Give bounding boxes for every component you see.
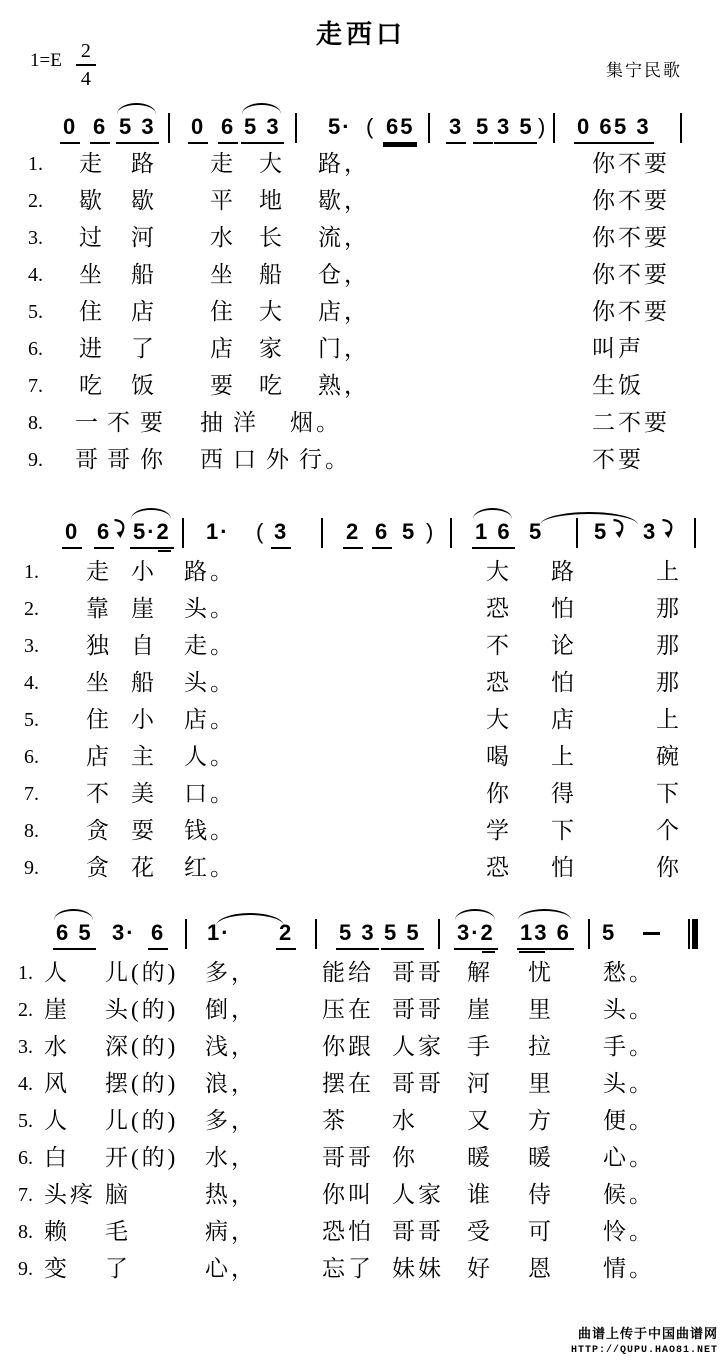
lyric-cell: 下 bbox=[656, 779, 682, 809]
lyric-cell: 红。 bbox=[184, 853, 236, 883]
lyric-cell: 口 bbox=[233, 445, 259, 475]
verse-number: 6. bbox=[18, 1143, 33, 1173]
verse-number: 7. bbox=[24, 779, 39, 809]
lyric-cell: 可 bbox=[528, 1217, 554, 1247]
lyric-cell: 长 bbox=[259, 223, 285, 253]
lyric-cell: 手 bbox=[467, 1032, 493, 1062]
lyrics-row: 3.独自走。不论那 bbox=[0, 631, 722, 663]
lyric-cell: 美 bbox=[131, 779, 157, 809]
lyrics-row: 3.水深(的)浅，你跟人家手拉手。 bbox=[0, 1032, 722, 1064]
lyric-cell: 头疼 bbox=[44, 1180, 96, 1210]
note: 5 bbox=[473, 114, 493, 144]
note: 3· bbox=[109, 920, 139, 948]
lyric-cell: 儿(的) bbox=[105, 958, 178, 988]
lyric-cell: 走 bbox=[86, 557, 112, 587]
lyric-cell: 要 bbox=[210, 371, 236, 401]
lyric-cell: 你不要 bbox=[592, 223, 670, 253]
lyric-cell: 解 bbox=[467, 958, 493, 988]
note: 3 bbox=[271, 519, 291, 549]
lyric-cell: 里 bbox=[528, 1069, 554, 1099]
lyrics-row: 2.靠崖头。恐怕那 bbox=[0, 594, 722, 626]
lyric-cell: 方 bbox=[528, 1106, 554, 1136]
verse-number: 6. bbox=[24, 742, 39, 772]
note: 3·2 bbox=[454, 920, 498, 950]
lyric-cell: 多， bbox=[205, 958, 257, 988]
lyric-cell: 行。 bbox=[299, 445, 351, 475]
lyric-cell: 热， bbox=[205, 1180, 257, 1210]
note: ) bbox=[423, 519, 438, 547]
lyric-cell: 店， bbox=[318, 297, 370, 327]
lyric-cell: 你跟 bbox=[322, 1032, 374, 1062]
final-barline bbox=[688, 919, 690, 949]
lyric-cell: 谁 bbox=[467, 1180, 493, 1210]
lyric-cell: 心， bbox=[205, 1254, 257, 1284]
lyric-cell: 贪 bbox=[86, 853, 112, 883]
lyric-cell: 地 bbox=[259, 186, 285, 216]
lyric-cell: 头。 bbox=[184, 594, 236, 624]
lyric-cell: 船 bbox=[259, 260, 285, 290]
lyric-cell: 好 bbox=[467, 1254, 493, 1284]
barline bbox=[438, 919, 440, 949]
lyric-cell: 开(的) bbox=[105, 1143, 178, 1173]
verse-number: 2. bbox=[18, 995, 33, 1025]
lyric-cell: 能给 bbox=[322, 958, 374, 988]
lyrics-row: 4.坐船坐船仓，你不要 bbox=[0, 260, 722, 292]
note: 5·2 bbox=[130, 519, 174, 549]
sheet-music-page: 走西口 1=E24 集宁民歌 065 3065 35·(65353 5)0 65… bbox=[0, 0, 722, 1360]
lyric-cell: 大 bbox=[486, 557, 512, 587]
lyric-cell: 暖 bbox=[528, 1143, 554, 1173]
lyric-cell: 店 bbox=[131, 297, 157, 327]
note: ) bbox=[535, 114, 550, 142]
lyric-cell: 叫声 bbox=[592, 334, 644, 364]
barline bbox=[576, 518, 578, 548]
lyric-cell: 情。 bbox=[603, 1254, 655, 1284]
lyric-cell: 你 bbox=[486, 779, 512, 809]
lyric-cell: 头。 bbox=[184, 668, 236, 698]
lyric-cell: 耍 bbox=[131, 816, 157, 846]
lyric-cell: 愁。 bbox=[603, 958, 655, 988]
lyrics-row: 7.吃饭要吃熟，生饭 bbox=[0, 371, 722, 403]
lyrics-row: 6.白开(的)水，哥哥你暖暖心。 bbox=[0, 1143, 722, 1175]
lyric-cell: 船 bbox=[131, 668, 157, 698]
lyric-cell: 手。 bbox=[603, 1032, 655, 1062]
lyrics-row: 2.崖头(的)倒，压在哥哥崖里头。 bbox=[0, 995, 722, 1027]
note: 2 bbox=[276, 920, 296, 950]
note: 6 bbox=[90, 114, 110, 144]
lyric-cell: 歇， bbox=[318, 186, 370, 216]
note: 5 3 bbox=[241, 114, 284, 144]
lyric-cell: 恩 bbox=[528, 1254, 554, 1284]
note: 0 bbox=[188, 114, 208, 144]
verse-number: 4. bbox=[28, 260, 43, 290]
lyric-cell: 口。 bbox=[184, 779, 236, 809]
lyric-cell: 那 bbox=[656, 668, 682, 698]
lyric-cell: 妹妹 bbox=[392, 1254, 444, 1284]
verse-number: 8. bbox=[24, 816, 39, 846]
lyric-cell: 人家 bbox=[392, 1180, 444, 1210]
verse-number: 2. bbox=[28, 186, 43, 216]
lyric-cell: 上 bbox=[656, 705, 682, 735]
lyric-cell: 一 bbox=[75, 408, 101, 438]
verse-number: 2. bbox=[24, 594, 39, 624]
lyric-cell: 变 bbox=[44, 1254, 70, 1284]
lyric-cell: 生饭 bbox=[592, 371, 644, 401]
lyric-cell: 那 bbox=[656, 594, 682, 624]
lyric-cell: 不 bbox=[86, 779, 112, 809]
lyric-cell: 忧 bbox=[528, 958, 554, 988]
lyrics-row: 9.变了心，忘了妹妹好恩情。 bbox=[0, 1254, 722, 1286]
lyric-cell: 坐 bbox=[210, 260, 236, 290]
barline bbox=[680, 113, 682, 143]
barline bbox=[428, 113, 430, 143]
lyric-cell: 大 bbox=[486, 705, 512, 735]
verse-number: 9. bbox=[18, 1254, 33, 1284]
lyric-cell: 二不要 bbox=[592, 408, 670, 438]
note: 1· bbox=[203, 519, 233, 547]
lyric-cell: 门， bbox=[318, 334, 370, 364]
lyric-cell: 坐 bbox=[86, 668, 112, 698]
lyric-cell: 走。 bbox=[184, 631, 236, 661]
lyrics-row: 6.进了店家门，叫声 bbox=[0, 334, 722, 366]
lyric-cell: 怕 bbox=[551, 853, 577, 883]
lyric-cell: 店 bbox=[210, 334, 236, 364]
note: 6 bbox=[218, 114, 238, 144]
lyric-cell: 靠 bbox=[86, 594, 112, 624]
lyric-cell: 不要 bbox=[592, 445, 644, 475]
lyric-cell: 下 bbox=[551, 816, 577, 846]
lyric-cell: 论 bbox=[551, 631, 577, 661]
lyric-cell: 你不要 bbox=[592, 186, 670, 216]
note: 0 bbox=[60, 114, 80, 144]
lyric-cell: 家 bbox=[259, 334, 285, 364]
note: 2 bbox=[343, 519, 363, 549]
barline bbox=[182, 518, 184, 548]
lyric-cell: 水 bbox=[210, 223, 236, 253]
barline bbox=[168, 113, 170, 143]
lyric-cell: 歇 bbox=[131, 186, 157, 216]
lyric-cell: 受 bbox=[467, 1217, 493, 1247]
lyric-cell: 恐 bbox=[486, 853, 512, 883]
footer-site-name: 曲谱上传于中国曲谱网 bbox=[571, 1323, 718, 1342]
lyric-cell: 吃 bbox=[259, 371, 285, 401]
lyric-cell: 钱。 bbox=[184, 816, 236, 846]
lyric-cell: 熟， bbox=[318, 371, 370, 401]
lyric-cell: 抽 bbox=[200, 408, 226, 438]
lyric-cell: 崖 bbox=[44, 995, 70, 1025]
lyric-cell: 便。 bbox=[603, 1106, 655, 1136]
verse-number: 8. bbox=[18, 1217, 33, 1247]
note: 5 3 bbox=[116, 114, 159, 144]
verse-number: 3. bbox=[28, 223, 43, 253]
lyric-cell: 人 bbox=[44, 1106, 70, 1136]
lyric-cell: 头。 bbox=[603, 1069, 655, 1099]
lyric-cell: 脑 bbox=[105, 1180, 131, 1210]
lyric-cell: 崖 bbox=[467, 995, 493, 1025]
lyric-cell: 你叫 bbox=[322, 1180, 374, 1210]
lyric-cell: 哥哥 bbox=[392, 1069, 444, 1099]
lyric-cell: 怕 bbox=[551, 668, 577, 698]
lyric-cell: 碗 bbox=[656, 742, 682, 772]
barline bbox=[450, 518, 452, 548]
lyric-cell: 水 bbox=[44, 1032, 70, 1062]
barline bbox=[185, 919, 187, 949]
lyric-cell: 店。 bbox=[184, 705, 236, 735]
note: 3 5 bbox=[494, 114, 537, 144]
lyric-cell: 学 bbox=[486, 816, 512, 846]
lyric-cell: 主 bbox=[131, 742, 157, 772]
lyric-cell: 哥 bbox=[75, 445, 101, 475]
lyric-cell: 歇 bbox=[79, 186, 105, 216]
lyrics-row: 9.哥哥你西口外行。不要 bbox=[0, 445, 722, 477]
lyric-cell: 大 bbox=[259, 149, 285, 179]
lyrics-row: 1.走小路。大路上 bbox=[0, 557, 722, 589]
lyric-cell: 倒， bbox=[205, 995, 257, 1025]
lyric-cell: 店 bbox=[551, 705, 577, 735]
lyric-cell: 花 bbox=[131, 853, 157, 883]
lyric-cell: 大 bbox=[259, 297, 285, 327]
lyric-cell: 烟。 bbox=[290, 408, 342, 438]
lyric-cell: 怕 bbox=[551, 594, 577, 624]
lyric-cell: 了 bbox=[131, 334, 157, 364]
note: 5 bbox=[599, 920, 619, 948]
lyrics-row: 5.人儿(的)多，茶水又方便。 bbox=[0, 1106, 722, 1138]
lyric-cell: 自 bbox=[131, 631, 157, 661]
lyric-cell: 你 bbox=[140, 445, 166, 475]
lyric-cell: 个 bbox=[656, 816, 682, 846]
lyrics-row: 4.风摆(的)浪，摆在哥哥河里头。 bbox=[0, 1069, 722, 1101]
verse-number: 1. bbox=[24, 557, 39, 587]
lyrics-row: 4.坐船头。恐怕那 bbox=[0, 668, 722, 700]
verse-number: 1. bbox=[18, 958, 33, 988]
lyric-cell: 恐 bbox=[486, 668, 512, 698]
verse-number: 7. bbox=[28, 371, 43, 401]
lyric-cell: 哥哥 bbox=[392, 995, 444, 1025]
note: 3 bbox=[446, 114, 466, 144]
lyric-cell: 白 bbox=[44, 1143, 70, 1173]
lyric-cell: 那 bbox=[656, 631, 682, 661]
lyric-cell: 平 bbox=[210, 186, 236, 216]
lyric-cell: 走 bbox=[210, 149, 236, 179]
lyrics-row: 3.过河水长流，你不要 bbox=[0, 223, 722, 255]
lyric-cell: 心。 bbox=[603, 1143, 655, 1173]
note: ( bbox=[363, 114, 378, 142]
lyric-cell: 恐怕 bbox=[322, 1217, 374, 1247]
lyrics-row: 5.住小店。大店上 bbox=[0, 705, 722, 737]
verse-number: 9. bbox=[28, 445, 43, 475]
note: 5 5 bbox=[381, 920, 424, 950]
tie-arc bbox=[216, 913, 284, 926]
note: 13 6 bbox=[517, 920, 574, 950]
note: 65 bbox=[383, 114, 417, 144]
lyric-cell: 拉 bbox=[528, 1032, 554, 1062]
verse-number: 5. bbox=[18, 1106, 33, 1136]
lyric-cell: 风 bbox=[44, 1069, 70, 1099]
verse-number: 1. bbox=[28, 149, 43, 179]
lyric-cell: 候。 bbox=[603, 1180, 655, 1210]
lyric-cell: 你 bbox=[656, 853, 682, 883]
lyric-cell: 吃 bbox=[79, 371, 105, 401]
lyric-cell: 小 bbox=[131, 557, 157, 587]
lyric-cell: 茶 bbox=[322, 1106, 348, 1136]
lyric-cell: 外 bbox=[266, 445, 292, 475]
lyric-cell: 哥哥 bbox=[322, 1143, 374, 1173]
lyric-cell: 走 bbox=[79, 149, 105, 179]
note: 6 bbox=[372, 519, 392, 549]
glissando-down-icon bbox=[611, 517, 626, 541]
note: 5 3 bbox=[611, 114, 654, 144]
lyric-cell: 深(的) bbox=[105, 1032, 178, 1062]
score: 065 3065 35·(65353 5)0 65 31.走路走大路，你不要2.… bbox=[0, 0, 722, 1360]
lyric-cell: 哥 bbox=[107, 445, 133, 475]
lyric-cell: 头。 bbox=[603, 995, 655, 1025]
lyric-cell: 头(的) bbox=[105, 995, 178, 1025]
note: ( bbox=[253, 519, 268, 547]
barline bbox=[315, 919, 317, 949]
lyric-cell: 进 bbox=[79, 334, 105, 364]
lyric-cell: 小 bbox=[131, 705, 157, 735]
lyric-cell: 住 bbox=[86, 705, 112, 735]
lyrics-row: 8.一不要抽洋烟。二不要 bbox=[0, 408, 722, 440]
verse-number: 4. bbox=[18, 1069, 33, 1099]
verse-number: 8. bbox=[28, 408, 43, 438]
lyric-cell: 你不要 bbox=[592, 149, 670, 179]
lyric-cell: 路， bbox=[318, 149, 370, 179]
lyric-cell: 你 bbox=[392, 1143, 418, 1173]
verse-number: 5. bbox=[28, 297, 43, 327]
footer: 曲谱上传于中国曲谱网 HTTP://QUPU.HAO81.NET bbox=[571, 1323, 718, 1356]
glissando-down-icon bbox=[112, 517, 127, 541]
lyric-cell: 你不要 bbox=[592, 297, 670, 327]
lyric-cell: 浪， bbox=[205, 1069, 257, 1099]
lyric-cell: 船 bbox=[131, 260, 157, 290]
lyric-cell: 不 bbox=[486, 631, 512, 661]
barline bbox=[694, 518, 696, 548]
lyric-cell: 多， bbox=[205, 1106, 257, 1136]
lyric-cell: 路。 bbox=[184, 557, 236, 587]
lyric-cell: 得 bbox=[551, 779, 577, 809]
note: 6 5 bbox=[53, 920, 96, 950]
lyric-cell: 洋 bbox=[233, 408, 259, 438]
note: 5 bbox=[399, 519, 419, 547]
lyric-cell: 水 bbox=[392, 1106, 418, 1136]
verse-number: 3. bbox=[18, 1032, 33, 1062]
lyric-cell: 坐 bbox=[79, 260, 105, 290]
verse-number: 3. bbox=[24, 631, 39, 661]
note: 5 3 bbox=[336, 920, 379, 950]
lyrics-row: 2.歇歇平地歇，你不要 bbox=[0, 186, 722, 218]
lyric-cell: 哥哥 bbox=[392, 1217, 444, 1247]
lyric-cell: 过 bbox=[79, 223, 105, 253]
lyric-cell: 河 bbox=[131, 223, 157, 253]
note: 1 6 bbox=[472, 519, 515, 549]
lyrics-row: 7.头疼脑热，你叫人家谁侍候。 bbox=[0, 1180, 722, 1212]
verse-number: 7. bbox=[18, 1180, 33, 1210]
lyric-cell: 了 bbox=[105, 1254, 131, 1284]
footer-site-url: HTTP://QUPU.HAO81.NET bbox=[571, 1345, 718, 1356]
lyric-cell: 浅， bbox=[205, 1032, 257, 1062]
lyric-cell: 毛 bbox=[105, 1217, 131, 1247]
lyric-cell: 西 bbox=[200, 445, 226, 475]
glissando-down-icon bbox=[660, 517, 675, 541]
lyric-cell: 赖 bbox=[44, 1217, 70, 1247]
lyrics-row: 5.住店住大店，你不要 bbox=[0, 297, 722, 329]
lyric-cell: 怜。 bbox=[603, 1217, 655, 1247]
lyric-cell: 恐 bbox=[486, 594, 512, 624]
lyric-cell: 路 bbox=[131, 149, 157, 179]
lyric-cell: 水， bbox=[205, 1143, 257, 1173]
lyrics-row: 7.不美口。你得下 bbox=[0, 779, 722, 811]
lyric-cell: 你不要 bbox=[592, 260, 670, 290]
lyrics-row: 6.店主人。喝上碗 bbox=[0, 742, 722, 774]
barline bbox=[588, 919, 590, 949]
lyric-cell: 独 bbox=[86, 631, 112, 661]
lyric-cell: 不 bbox=[107, 408, 133, 438]
lyric-cell: 住 bbox=[79, 297, 105, 327]
note: 0 bbox=[62, 519, 82, 549]
lyrics-row: 8.贪耍钱。学下个 bbox=[0, 816, 722, 848]
lyric-cell: 上 bbox=[656, 557, 682, 587]
lyric-cell: 病， bbox=[205, 1217, 257, 1247]
lyric-cell: 里 bbox=[528, 995, 554, 1025]
lyric-cell: 仓， bbox=[318, 260, 370, 290]
barline bbox=[321, 518, 323, 548]
lyric-cell: 河 bbox=[467, 1069, 493, 1099]
lyric-cell: 忘了 bbox=[322, 1254, 374, 1284]
lyric-cell: 住 bbox=[210, 297, 236, 327]
lyric-cell: 摆在 bbox=[322, 1069, 374, 1099]
barline bbox=[553, 113, 555, 143]
barline bbox=[295, 113, 297, 143]
half-note-dash bbox=[643, 932, 660, 935]
note: 3 bbox=[640, 519, 660, 547]
lyric-cell: 儿(的) bbox=[105, 1106, 178, 1136]
verse-number: 5. bbox=[24, 705, 39, 735]
note: 5· bbox=[325, 114, 355, 142]
verse-number: 4. bbox=[24, 668, 39, 698]
lyric-cell: 上 bbox=[551, 742, 577, 772]
verse-number: 9. bbox=[24, 853, 39, 883]
lyric-cell: 人家 bbox=[392, 1032, 444, 1062]
lyric-cell: 店 bbox=[86, 742, 112, 772]
lyric-cell: 摆(的) bbox=[105, 1069, 178, 1099]
lyrics-row: 1.走路走大路，你不要 bbox=[0, 149, 722, 181]
lyric-cell: 暖 bbox=[467, 1143, 493, 1173]
note: 5 bbox=[591, 519, 611, 547]
lyric-cell: 又 bbox=[467, 1106, 493, 1136]
lyric-cell: 流， bbox=[318, 223, 370, 253]
lyric-cell: 人。 bbox=[184, 742, 236, 772]
lyrics-row: 9.贪花红。恐怕你 bbox=[0, 853, 722, 885]
lyric-cell: 贪 bbox=[86, 816, 112, 846]
lyric-cell: 饭 bbox=[131, 371, 157, 401]
lyric-cell: 崖 bbox=[131, 594, 157, 624]
note: 6 bbox=[148, 920, 168, 950]
lyric-cell: 路 bbox=[551, 557, 577, 587]
lyrics-row: 1.人儿(的)多，能给哥哥解忧愁。 bbox=[0, 958, 722, 990]
lyric-cell: 要 bbox=[140, 408, 166, 438]
lyric-cell: 哥哥 bbox=[392, 958, 444, 988]
lyrics-row: 8.赖毛病，恐怕哥哥受可怜。 bbox=[0, 1217, 722, 1249]
lyric-cell: 人 bbox=[44, 958, 70, 988]
lyric-cell: 侍 bbox=[528, 1180, 554, 1210]
lyric-cell: 压在 bbox=[322, 995, 374, 1025]
lyric-cell: 喝 bbox=[486, 742, 512, 772]
verse-number: 6. bbox=[28, 334, 43, 364]
